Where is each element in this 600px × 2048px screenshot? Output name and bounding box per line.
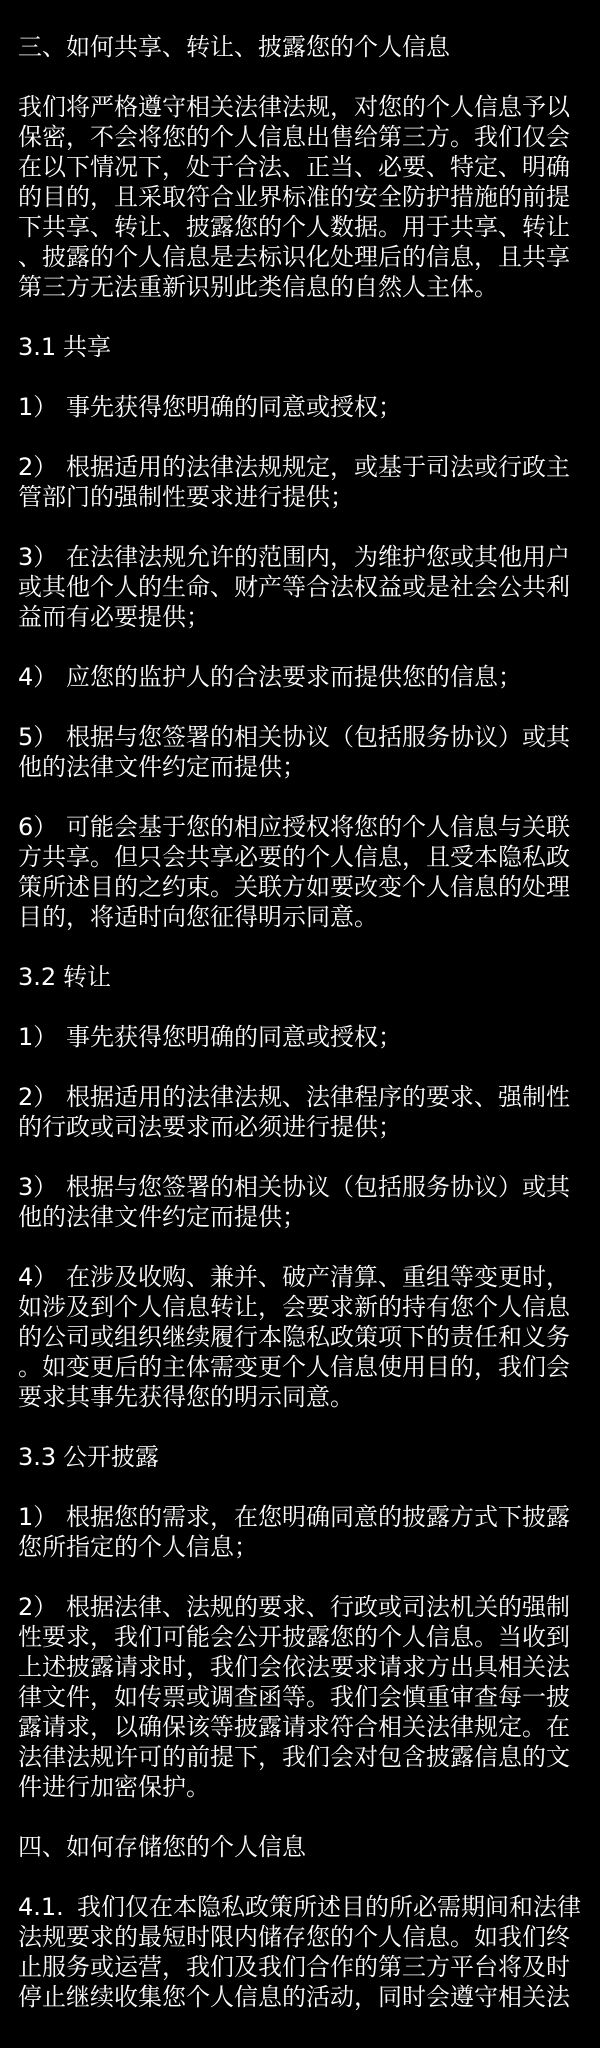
- list-line: 6）可能会基于您的相应授权将您的个人信息与关联: [18, 812, 588, 842]
- list-line: 露请求，以确保该等披露请求符合相关法律规定。在: [18, 1712, 588, 1742]
- list-item-3-1-4: 4）应您的监护人的合法要求而提供您的信息；: [18, 662, 588, 692]
- list-marker: 1）: [18, 1502, 66, 1532]
- list-item-3-1-2: 2）根据适用的法律法规规定，或基于司法或行政主 管部门的强制性要求进行提供；: [18, 452, 588, 512]
- list-line: 策所述目的之约束。关联方如要改变个人信息的处理: [18, 872, 588, 902]
- section-heading-3: 三、如何共享、转让、披露您的个人信息: [18, 32, 588, 62]
- list-line: 的行政或司法要求而必须进行提供；: [18, 1112, 588, 1142]
- list-line: 4）应您的监护人的合法要求而提供您的信息；: [18, 662, 588, 692]
- list-line: 1）事先获得您明确的同意或授权；: [18, 392, 588, 422]
- paragraph-line: 法规要求的最短时限内储存您的个人信息。如我们终: [18, 1922, 588, 1952]
- list-item-3-3-1: 1）根据您的需求，在您明确同意的披露方式下披露 您所指定的个人信息；: [18, 1502, 588, 1562]
- list-line: 2）根据适用的法律法规、法律程序的要求、强制性: [18, 1082, 588, 1112]
- list-text: 根据与您签署的相关协议（包括服务协议）或其: [66, 1173, 570, 1201]
- subsection-heading-3-3: 3.3公开披露: [18, 1442, 588, 1472]
- subsection-title: 共享: [63, 333, 111, 361]
- list-marker: 3）: [18, 542, 66, 572]
- subsection-heading-line: 3.2转让: [18, 962, 588, 992]
- clause-text: 我们仅在本隐私政策所述目的所必需期间和法律: [77, 1893, 581, 1921]
- list-item-3-2-4: 4）在涉及收购、兼并、破产清算、重组等变更时， 如涉及到个人信息转让，会要求新的…: [18, 1262, 588, 1412]
- paragraph-line: 我们将严格遵守相关法律法规，对您的个人信息予以: [18, 92, 588, 122]
- list-item-3-1-3: 3）在法律法规允许的范围内，为维护您或其他用户 或其他个人的生命、财产等合法权益…: [18, 542, 588, 632]
- list-item-3-2-1: 1）事先获得您明确的同意或授权；: [18, 1022, 588, 1052]
- paragraph-line: 在以下情况下，处于合法、正当、必要、特定、明确: [18, 152, 588, 182]
- list-text: 事先获得您明确的同意或授权；: [66, 1023, 402, 1051]
- list-line: 5）根据与您签署的相关协议（包括服务协议）或其: [18, 722, 588, 752]
- paragraph-line: 、披露的个人信息是去标识化处理后的信息，且共享: [18, 242, 588, 272]
- list-line: 3）根据与您签署的相关协议（包括服务协议）或其: [18, 1172, 588, 1202]
- list-line: 他的法律文件约定而提供；: [18, 752, 588, 782]
- list-line: 件进行加密保护。: [18, 1772, 588, 1802]
- list-line: 目的，将适时向您征得明示同意。: [18, 902, 588, 932]
- list-item-3-1-1: 1）事先获得您明确的同意或授权；: [18, 392, 588, 422]
- subsection-heading-line: 3.3公开披露: [18, 1442, 588, 1472]
- list-line: 2）根据适用的法律法规规定，或基于司法或行政主: [18, 452, 588, 482]
- list-marker: 3）: [18, 1172, 66, 1202]
- section-heading-text: 三、如何共享、转让、披露您的个人信息: [18, 32, 588, 62]
- list-line: 3）在法律法规允许的范围内，为维护您或其他用户: [18, 542, 588, 572]
- subsection-heading-3-1: 3.1共享: [18, 332, 588, 362]
- paragraph-line: 止服务或运营，我们及我们合作的第三方平台将及时: [18, 1952, 588, 1982]
- list-line: 律文件，如传票或调查函等。我们会慎重审查每一披: [18, 1682, 588, 1712]
- list-line: 管部门的强制性要求进行提供；: [18, 482, 588, 512]
- paragraph-line: 下共享、转让、披露您的个人数据。用于共享、转让: [18, 212, 588, 242]
- section-heading-4: 四、如何存储您的个人信息: [18, 1832, 588, 1862]
- subsection-title: 转让: [63, 963, 111, 991]
- list-item-3-1-6: 6）可能会基于您的相应授权将您的个人信息与关联 方共享。但只会共享必要的个人信息…: [18, 812, 588, 932]
- list-line: 4）在涉及收购、兼并、破产清算、重组等变更时，: [18, 1262, 588, 1292]
- list-line: 。如变更后的主体需变更个人信息使用目的，我们会: [18, 1352, 588, 1382]
- section-3-intro-paragraph: 我们将严格遵守相关法律法规，对您的个人信息予以 保密，不会将您的个人信息出售给第…: [18, 92, 588, 302]
- paragraph-line: 的目的，且采取符合业界标准的安全防护措施的前提: [18, 182, 588, 212]
- list-text: 在法律法规允许的范围内，为维护您或其他用户: [66, 543, 570, 571]
- list-text: 可能会基于您的相应授权将您的个人信息与关联: [66, 813, 570, 841]
- list-line: 您所指定的个人信息；: [18, 1532, 588, 1562]
- list-line: 法律法规许可的前提下，我们会对包含披露信息的文: [18, 1742, 588, 1772]
- subsection-number: 3.1: [18, 332, 63, 362]
- list-text: 应您的监护人的合法要求而提供您的信息；: [66, 663, 522, 691]
- list-item-3-1-5: 5）根据与您签署的相关协议（包括服务协议）或其 他的法律文件约定而提供；: [18, 722, 588, 782]
- list-item-3-2-2: 2）根据适用的法律法规、法律程序的要求、强制性 的行政或司法要求而必须进行提供；: [18, 1082, 588, 1142]
- list-line: 上述披露请求时，我们会依法要求请求方出具相关法: [18, 1652, 588, 1682]
- list-marker: 1）: [18, 1022, 66, 1052]
- clause-number: 4.1.: [18, 1892, 77, 1922]
- list-line: 或其他个人的生命、财产等合法权益或是社会公共利: [18, 572, 588, 602]
- list-text: 事先获得您明确的同意或授权；: [66, 393, 402, 421]
- list-text: 在涉及收购、兼并、破产清算、重组等变更时，: [66, 1263, 570, 1291]
- section-heading-text: 四、如何存储您的个人信息: [18, 1832, 588, 1862]
- list-line: 如涉及到个人信息转让，会要求新的持有您个人信息: [18, 1292, 588, 1322]
- list-line: 方共享。但只会共享必要的个人信息，且受本隐私政: [18, 842, 588, 872]
- list-line: 1）根据您的需求，在您明确同意的披露方式下披露: [18, 1502, 588, 1532]
- list-line: 1）事先获得您明确的同意或授权；: [18, 1022, 588, 1052]
- list-marker: 4）: [18, 1262, 66, 1292]
- list-line: 要求其事先获得您的明示同意。: [18, 1382, 588, 1412]
- list-line: 益而有必要提供；: [18, 602, 588, 632]
- list-marker: 2）: [18, 1592, 66, 1622]
- list-text: 根据适用的法律法规规定，或基于司法或行政主: [66, 453, 570, 481]
- list-line: 2）根据法律、法规的要求、行政或司法机关的强制: [18, 1592, 588, 1622]
- list-line: 他的法律文件约定而提供；: [18, 1202, 588, 1232]
- paragraph-line: 保密，不会将您的个人信息出售给第三方。我们仅会: [18, 122, 588, 152]
- privacy-policy-document: 三、如何共享、转让、披露您的个人信息 我们将严格遵守相关法律法规，对您的个人信息…: [0, 0, 588, 2012]
- list-marker: 2）: [18, 1082, 66, 1112]
- paragraph-line: 第三方无法重新识别此类信息的自然人主体。: [18, 272, 588, 302]
- list-marker: 5）: [18, 722, 66, 752]
- subsection-title: 公开披露: [63, 1443, 159, 1471]
- paragraph-line: 停止继续收集您个人信息的活动，同时会遵守相关法: [18, 1982, 588, 2012]
- paragraph-line: 4.1.我们仅在本隐私政策所述目的所必需期间和法律: [18, 1892, 588, 1922]
- subsection-number: 3.3: [18, 1442, 63, 1472]
- list-text: 根据法律、法规的要求、行政或司法机关的强制: [66, 1593, 570, 1621]
- list-marker: 2）: [18, 452, 66, 482]
- list-text: 根据与您签署的相关协议（包括服务协议）或其: [66, 723, 570, 751]
- list-line: 的公司或组织继续履行本隐私政策项下的责任和义务: [18, 1322, 588, 1352]
- list-line: 性要求，我们可能会公开披露您的个人信息。当收到: [18, 1622, 588, 1652]
- list-text: 根据您的需求，在您明确同意的披露方式下披露: [66, 1503, 570, 1531]
- subsection-heading-3-2: 3.2转让: [18, 962, 588, 992]
- subsection-number: 3.2: [18, 962, 63, 992]
- list-marker: 1）: [18, 392, 66, 422]
- subsection-heading-line: 3.1共享: [18, 332, 588, 362]
- list-item-3-3-2: 2）根据法律、法规的要求、行政或司法机关的强制 性要求，我们可能会公开披露您的个…: [18, 1592, 588, 1802]
- list-item-3-2-3: 3）根据与您签署的相关协议（包括服务协议）或其 他的法律文件约定而提供；: [18, 1172, 588, 1232]
- list-marker: 4）: [18, 662, 66, 692]
- list-marker: 6）: [18, 812, 66, 842]
- list-text: 根据适用的法律法规、法律程序的要求、强制性: [66, 1083, 570, 1111]
- section-4-1-paragraph: 4.1.我们仅在本隐私政策所述目的所必需期间和法律 法规要求的最短时限内储存您的…: [18, 1892, 588, 2012]
